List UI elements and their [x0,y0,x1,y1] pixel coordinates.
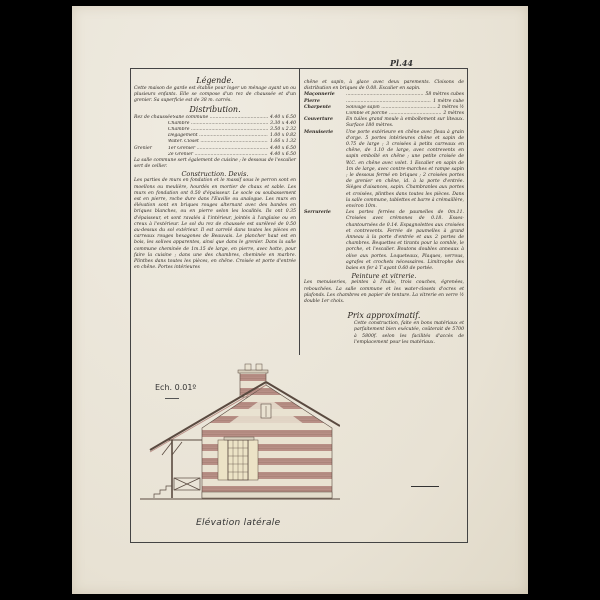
legend-heading: Légende. [134,76,296,86]
couverture-label: Couverture [304,117,346,129]
serrurerie-section: Serrurerie Les portes ferrées de paumell… [304,210,464,272]
prix-text: Cette construction, faite en bons matéri… [304,321,464,346]
left-column: Légende. Cette maison de garde est établ… [134,76,296,271]
couverture-section: Couverture En tuiles grand moule à emboî… [304,117,464,129]
distribution-table: Rez de chausséeSalle commune4.40 x 6.50 … [134,115,296,158]
plate-number: Pl.44 [390,58,413,68]
serrurerie-text: Les portes ferrées de paumelles de 0m.11… [346,210,464,272]
menuiserie-section: Menuiserie Une porte extérieure en chêne… [304,130,464,211]
peinture-text: Les menuiseries, peintes à l'huile, troi… [304,280,464,305]
right-column: chêne et sapin, à glace avec deux pareme… [304,80,464,346]
distribution-heading: Distribution. [134,105,296,115]
column-divider [299,68,300,355]
drawing-caption: Elévation latérale [196,518,280,528]
construction-text: Les parties de murs en fondation et le m… [134,178,296,271]
prix-heading: Prix approximatif. [304,311,464,321]
legend-text: Cette maison de garde est établie pour l… [134,86,296,105]
menuiserie-text: Une porte extérieure en chêne avec fleau… [346,130,464,211]
end-rule [411,486,439,487]
continuation-text: chêne et sapin, à glace avec deux pareme… [304,80,464,92]
couverture-text: En tuiles grand moule à emboîtement sur … [346,117,464,129]
distribution-note: La salle commune sert également de cuisi… [134,158,296,170]
serrurerie-label: Serrurerie [304,210,346,272]
menuiserie-label: Menuiserie [304,130,346,211]
house-elevation-drawing [140,360,340,510]
